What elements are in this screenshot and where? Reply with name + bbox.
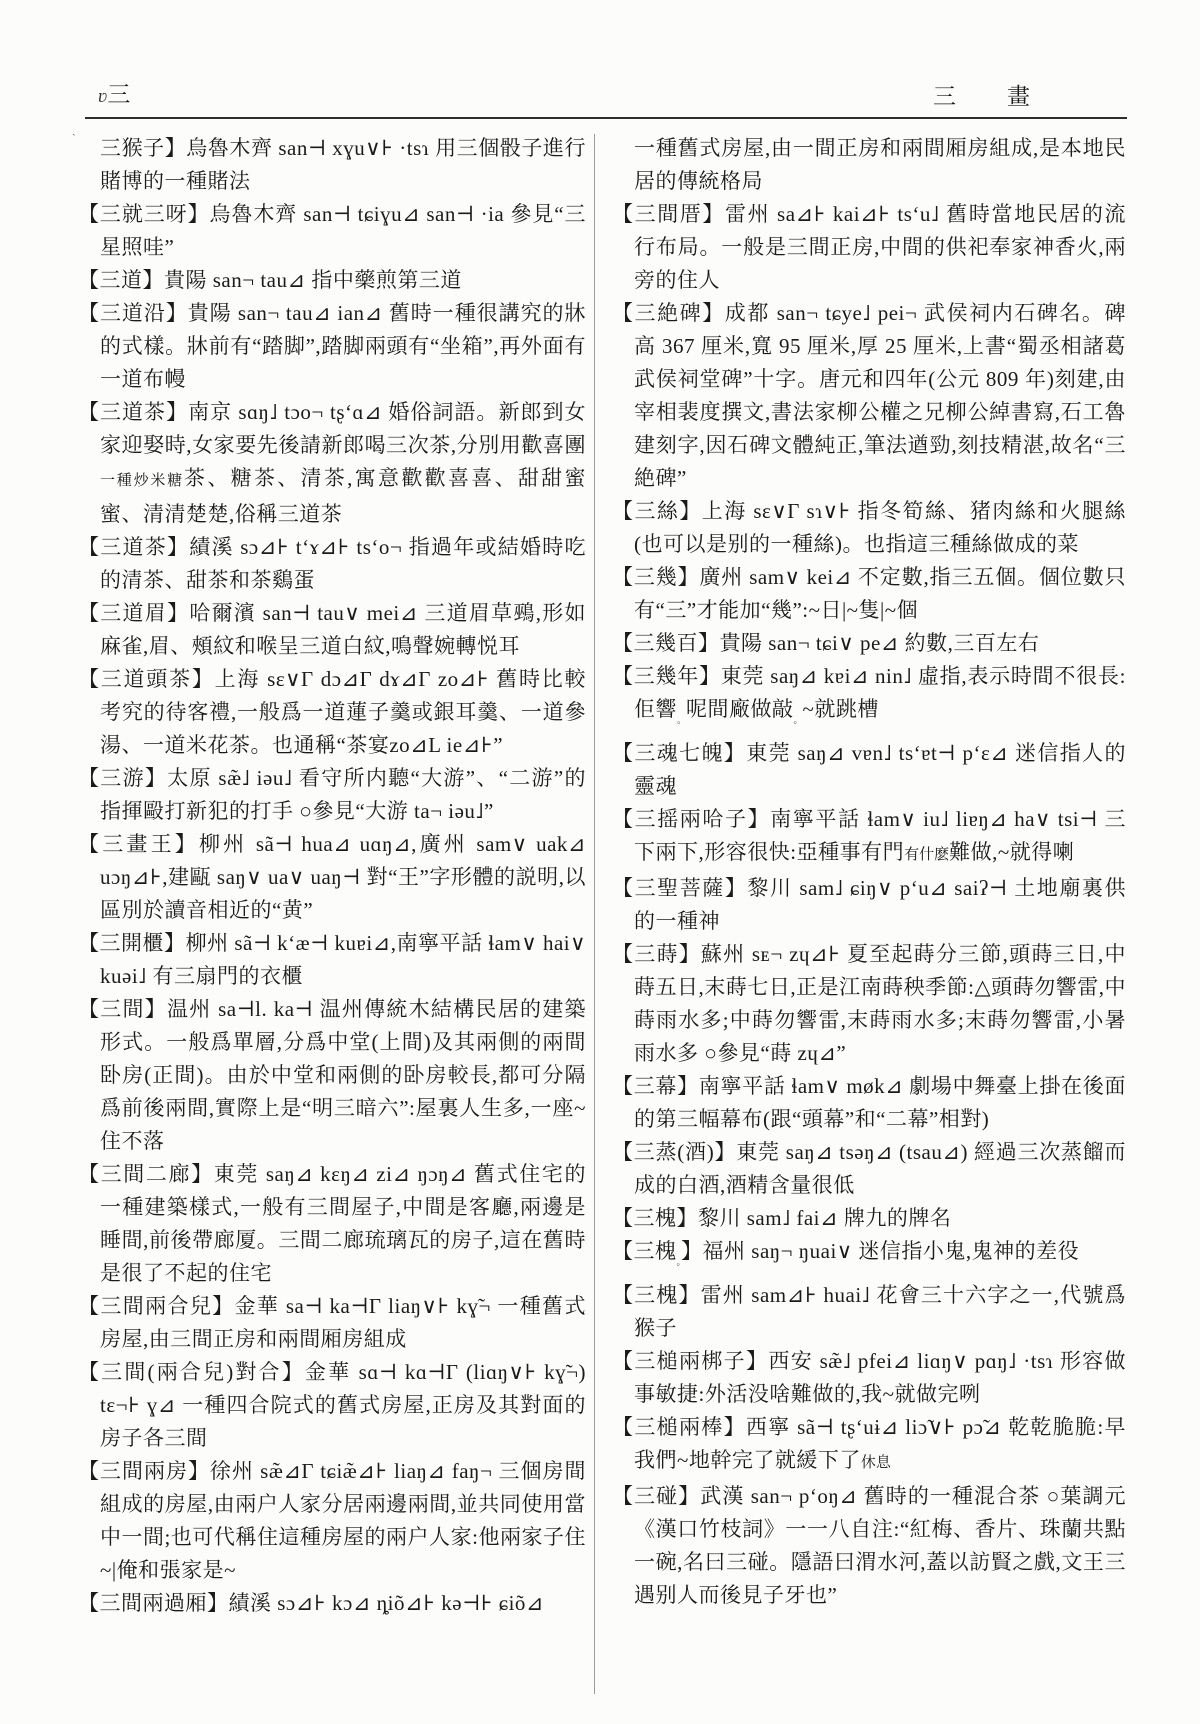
page-title: 三 畫 xyxy=(933,84,1044,109)
header-rule xyxy=(85,117,1127,119)
entry-text: 【三間兩合兒】金華 sa⊣ ka⊣Γ liaŋ∨⊦ kɣ̃¬ 一種舊式房屋,由三… xyxy=(78,1294,586,1351)
dictionary-entry: 【三魂七魄】東莞 saŋ⊿ vɐn˩ tsʻɐt⊣ pʻɛ⊿ 迷信指人的靈魂 xyxy=(612,737,1126,803)
entry-text: 【三道眉】哈爾濱 san⊣ tau∨ mei⊿ 三道眉草鵐,形如麻雀,眉、頰紋和… xyxy=(78,601,586,658)
entry-continuation: 一種舊式房屋,由一間正房和兩間厢房組成,是本地民居的傳統格局 xyxy=(612,132,1126,198)
entry-text: 【三道茶】南京 sɑŋ˩ tɔo¬ tʂʻɑ⊿ 婚俗詞語。新郎到女家迎娶時,女家… xyxy=(78,400,586,457)
entry-continuation: 三猴子】烏魯木齊 san⊣ xɣu∨⊦ ·tsɿ 用三個骰子進行賭博的一種賭法 xyxy=(78,132,586,198)
running-head-right: 三 畫 xyxy=(933,78,1044,111)
dictionary-entry: 【三蒔】蘇州 sᴇ¬ zɥ⊿⊦ 夏至起蒔分三節,頭蒔三日,中蒔五日,末蒔七日,正… xyxy=(612,938,1126,1070)
dictionary-entry: 【三道茶】績溪 sɔ⊿⊦ tʻɤ⊿⊦ tsʻo¬ 指過年或結婚時吃的清茶、甜茶和… xyxy=(78,531,586,597)
entry-text: 【三幾百】貴陽 san¬ tɕi∨ pe⊿ 約數,三百左右 xyxy=(612,631,1039,655)
dictionary-entry: 【三槐】黎川 sam˩ fai⊿ 牌九的牌名 xyxy=(612,1202,1126,1235)
dictionary-entry: 【三道頭茶】上海 sɛ∨Γ dɔ⊿Γ dɤ⊿Γ zo⊿⊦ 舊時比較考究的待客禮,… xyxy=(78,663,586,762)
dictionary-entry: 【三間(兩合兒)對合】金華 sɑ⊣ kɑ⊣Γ (liɑŋ∨⊦ kɣ̃¬) tɛ¬… xyxy=(78,1356,586,1455)
entry-text: 【三槐】黎川 sam˩ fai⊿ 牌九的牌名 xyxy=(612,1206,951,1230)
dictionary-entry: 【三間兩過厢】績溪 sɔ⊿⊦ kɔ⊿ ȵiõ⊿⊦ kə⊣⊦ ɕiõ⊿ xyxy=(78,1587,586,1620)
dictionary-entry: 【三槌兩梆子】西安 sæ̃˩ pfei⊿ liɑŋ∨ pɑŋ˩ ·tsɿ 形容做… xyxy=(612,1345,1126,1411)
stray-pen-mark: ˎ xyxy=(72,124,76,136)
dictionary-entry: 【三道眉】哈爾濱 san⊣ tau∨ mei⊿ 三道眉草鵐,形如麻雀,眉、頰紋和… xyxy=(78,597,586,663)
inline-annotation: 一種炒米糖 xyxy=(100,473,184,489)
dictionary-entry: 【三摇兩哈子】南寧平話 ɬam∨ iu˩ liɐŋ⊿ ha∨ tsi⊣ 三下兩下… xyxy=(612,803,1126,872)
dictionary-entry: 【三碰】武漢 san¬ pʻoŋ⊿ 舊時的一種混合茶 ○葉調元《漢口竹枝詞》一一… xyxy=(612,1480,1126,1612)
entry-text: 【三間二廊】東莞 saŋ⊿ kɛŋ⊿ zi⊿ ŋɔŋ⊿ 舊式住宅的一種建築樣式,… xyxy=(78,1162,586,1285)
entry-text: 【三槐 xyxy=(612,1239,677,1263)
dialect-char-ring: 。 xyxy=(677,715,686,725)
entry-text: 【三道沿】貴陽 san¬ tau⊿ ian⊿ 舊時一種很講究的牀的式樣。牀前有“… xyxy=(78,301,586,391)
entry-text: 【三開櫃】柳州 sã⊣ kʻæ⊣ kuɐi⊿,南寧平話 ɬam∨ hai∨ ku… xyxy=(78,931,586,988)
entry-text: 【三道】貴陽 san¬ tau⊿ 指中藥煎第三道 xyxy=(78,268,462,292)
entry-text: 【三就三呀】烏魯木齊 san⊣ tɕiɣu⊿ san⊣ ·ia 參見“三星照哇” xyxy=(78,202,586,259)
entry-text: 【三蒔】蘇州 sᴇ¬ zɥ⊿⊦ 夏至起蒔分三節,頭蒔三日,中蒔五日,末蒔七日,正… xyxy=(612,942,1126,1065)
entry-text: 【三槐】雷州 sam⊿⊦ huai˩ 花會三十六字之一,代號爲猴子 xyxy=(612,1283,1126,1340)
entry-text: 【三聖菩薩】黎川 sam˩ ɕiŋ∨ pʻu⊿ saiʔ⊣ 土地廟裏供的一種神 xyxy=(612,876,1126,933)
dictionary-entry: 【三畫王】柳州 sã⊣ hua⊿ uɑŋ⊿,廣州 sam∨ uak⊿ uɔŋ⊿⊦… xyxy=(78,828,586,927)
entry-text: 【三間】温州 sa⊣l. ka⊣ 温州傳統木結構民居的建築形式。一般爲單層,分爲… xyxy=(78,997,586,1153)
entry-text: 【三碰】武漢 san¬ pʻoŋ⊿ 舊時的一種混合茶 ○葉調元《漢口竹枝詞》一一… xyxy=(612,1484,1126,1607)
entry-text: 【三間(兩合兒)對合】金華 sɑ⊣ kɑ⊣Γ (liɑŋ∨⊦ kɣ̃¬) tɛ¬… xyxy=(78,1360,586,1450)
entry-text: 【三蒸(酒)】東莞 saŋ⊿ tsəŋ⊿ (tsau⊿) 經過三次蒸餾而成的白酒… xyxy=(612,1140,1126,1197)
dialect-char-ring: 。 xyxy=(794,715,803,725)
dictionary-entry: 【三聖菩薩】黎川 sam˩ ɕiŋ∨ pʻu⊿ saiʔ⊣ 土地廟裏供的一種神 xyxy=(612,872,1126,938)
dictionary-entry: 【三槐。】福州 saŋ¬ ŋuai∨ 迷信指小鬼,鬼神的差役 xyxy=(612,1235,1126,1279)
dictionary-entry: 【三游】太原 sæ̃˩ iəu˩ 看守所内聽“大游”、“二游”的指揮毆打新犯的打… xyxy=(78,762,586,828)
entry-text: 【三絲】上海 sɛ∨Γ sɿ∨⊦ 指冬筍絲、猪肉絲和火腿絲(也可以是别的一種絲)… xyxy=(612,499,1126,556)
entry-text: ~就跳槽 xyxy=(803,697,879,721)
entry-text: 難做,~就得喇 xyxy=(949,840,1074,864)
dictionary-entry: 【三開櫃】柳州 sã⊣ kʻæ⊣ kuɐi⊿,南寧平話 ɬam∨ hai∨ ku… xyxy=(78,927,586,993)
entry-text: 【三絶碑】成都 san¬ tɕye˩ pei¬ 武侯祠内石碑名。碑高 367 厘… xyxy=(612,301,1126,490)
dictionary-entry: 【三間兩合兒】金華 sa⊣ ka⊣Γ liaŋ∨⊦ kɣ̃¬ 一種舊式房屋,由三… xyxy=(78,1290,586,1356)
entry-text: 一種舊式房屋,由一間正房和兩間厢房組成,是本地民居的傳統格局 xyxy=(634,136,1126,193)
dictionary-entry: 【三絲】上海 sɛ∨Γ sɿ∨⊦ 指冬筍絲、猪肉絲和火腿絲(也可以是别的一種絲)… xyxy=(612,495,1126,561)
dictionary-entry: 【三蒸(酒)】東莞 saŋ⊿ tsəŋ⊿ (tsau⊿) 經過三次蒸餾而成的白酒… xyxy=(612,1136,1126,1202)
dictionary-entry: 【三間厝】雷州 sa⊿⊦ kai⊿⊦ tsʻu˩ 舊時當地民居的流行布局。一般是… xyxy=(612,198,1126,297)
entry-text: 三猴子】烏魯木齊 san⊣ xɣu∨⊦ ·tsɿ 用三個骰子進行賭博的一種賭法 xyxy=(100,136,586,193)
dictionary-entry: 【三道茶】南京 sɑŋ˩ tɔo¬ tʂʻɑ⊿ 婚俗詞語。新郎到女家迎娶時,女家… xyxy=(78,396,586,531)
entry-text: 【三道茶】績溪 sɔ⊿⊦ tʻɤ⊿⊦ tsʻo¬ 指過年或結婚時吃的清茶、甜茶和… xyxy=(78,535,586,592)
dictionary-entry: 【三槐】雷州 sam⊿⊦ huai˩ 花會三十六字之一,代號爲猴子 xyxy=(612,1279,1126,1345)
dictionary-entry: 【三槌兩棒】西寧 sã⊣ tʂʻuɨ⊿ liɔ̃∨⊦ pɔ̃⊿ 乾乾脆脆:早我們… xyxy=(612,1411,1126,1480)
dictionary-entry: 【三間兩房】徐州 sæ̃⊿Γ tɕiæ̃⊿⊦ liaŋ⊿ faŋ¬ 三個房間組成… xyxy=(78,1455,586,1587)
right-column: 一種舊式房屋,由一間正房和兩間厢房組成,是本地民居的傳統格局【三間厝】雷州 sa… xyxy=(612,132,1126,1707)
dictionary-entry: 【三幾百】貴陽 san¬ tɕi∨ pe⊿ 約數,三百左右 xyxy=(612,627,1126,660)
dictionary-entry: 【三幾年】東莞 saŋ⊿ kɐi⊿ nin˩ 虛指,表示時間不很長:佢響。呢間廠… xyxy=(612,660,1126,737)
entry-text: 【三幾】廣州 sam∨ kei⊿ 不定數,指三五個。個位數只有“三”才能加“幾”… xyxy=(612,565,1126,622)
entry-text: 】福州 saŋ¬ ŋuai∨ 迷信指小鬼,鬼神的差役 xyxy=(681,1239,1079,1263)
entry-text: 【三魂七魄】東莞 saŋ⊿ vɐn˩ tsʻɐt⊣ pʻɛ⊿ 迷信指人的靈魂 xyxy=(612,741,1126,798)
entry-text: 【三槌兩梆子】西安 sæ̃˩ pfei⊿ liɑŋ∨ pɑŋ˩ ·tsɿ 形容做… xyxy=(612,1349,1126,1406)
left-column: 三猴子】烏魯木齊 san⊣ xɣu∨⊦ ·tsɿ 用三個骰子進行賭博的一種賭法【… xyxy=(78,132,586,1707)
dictionary-entry: 【三幕】南寧平話 ɬam∨ møk⊿ 劇場中舞臺上掛在後面的第三幅幕布(跟“頭幕… xyxy=(612,1070,1126,1136)
inline-annotation: 休息 xyxy=(861,1455,891,1471)
entry-text: 【三游】太原 sæ̃˩ iəu˩ 看守所内聽“大游”、“二游”的指揮毆打新犯的打… xyxy=(78,766,586,823)
dictionary-entry: 【三道沿】貴陽 san¬ tau⊿ ian⊿ 舊時一種很講究的牀的式樣。牀前有“… xyxy=(78,297,586,396)
entry-text: 【三幕】南寧平話 ɬam∨ møk⊿ 劇場中舞臺上掛在後面的第三幅幕布(跟“頭幕… xyxy=(612,1074,1126,1131)
entry-text: 【三道頭茶】上海 sɛ∨Γ dɔ⊿Γ dɤ⊿Γ zo⊿⊦ 舊時比較考究的待客禮,… xyxy=(78,667,586,757)
entry-text: 【三畫王】柳州 sã⊣ hua⊿ uɑŋ⊿,廣州 sam∨ uak⊿ uɔŋ⊿⊦… xyxy=(78,832,586,922)
dictionary-entry: 【三間二廊】東莞 saŋ⊿ kɛŋ⊿ zi⊿ ŋɔŋ⊿ 舊式住宅的一種建築樣式,… xyxy=(78,1158,586,1290)
inline-annotation: 有什麽 xyxy=(904,847,949,863)
entry-text: 【三間厝】雷州 sa⊿⊦ kai⊿⊦ tsʻu˩ 舊時當地民居的流行布局。一般是… xyxy=(612,202,1126,292)
handwritten-mark: ʋ xyxy=(98,86,107,107)
entry-text: 呢間廠做敲 xyxy=(686,697,794,721)
running-head-left: ʋ三 xyxy=(98,76,140,109)
section-character: 三 xyxy=(107,82,140,107)
column-divider xyxy=(594,134,595,1694)
dictionary-entry: 【三就三呀】烏魯木齊 san⊣ tɕiɣu⊿ san⊣ ·ia 參見“三星照哇” xyxy=(78,198,586,264)
dictionary-entry: 【三間】温州 sa⊣l. ka⊣ 温州傳統木結構民居的建築形式。一般爲單層,分爲… xyxy=(78,993,586,1158)
entry-text: 【三間兩房】徐州 sæ̃⊿Γ tɕiæ̃⊿⊦ liaŋ⊿ faŋ¬ 三個房間組成… xyxy=(78,1459,586,1582)
dictionary-entry: 【三道】貴陽 san¬ tau⊿ 指中藥煎第三道 xyxy=(78,264,586,297)
dictionary-entry: 【三幾】廣州 sam∨ kei⊿ 不定數,指三五個。個位數只有“三”才能加“幾”… xyxy=(612,561,1126,627)
entry-text: 【三間兩過厢】績溪 sɔ⊿⊦ kɔ⊿ ȵiõ⊿⊦ kə⊣⊦ ɕiõ⊿ xyxy=(78,1591,544,1615)
dictionary-entry: 【三絶碑】成都 san¬ tɕye˩ pei¬ 武侯祠内石碑名。碑高 367 厘… xyxy=(612,297,1126,495)
